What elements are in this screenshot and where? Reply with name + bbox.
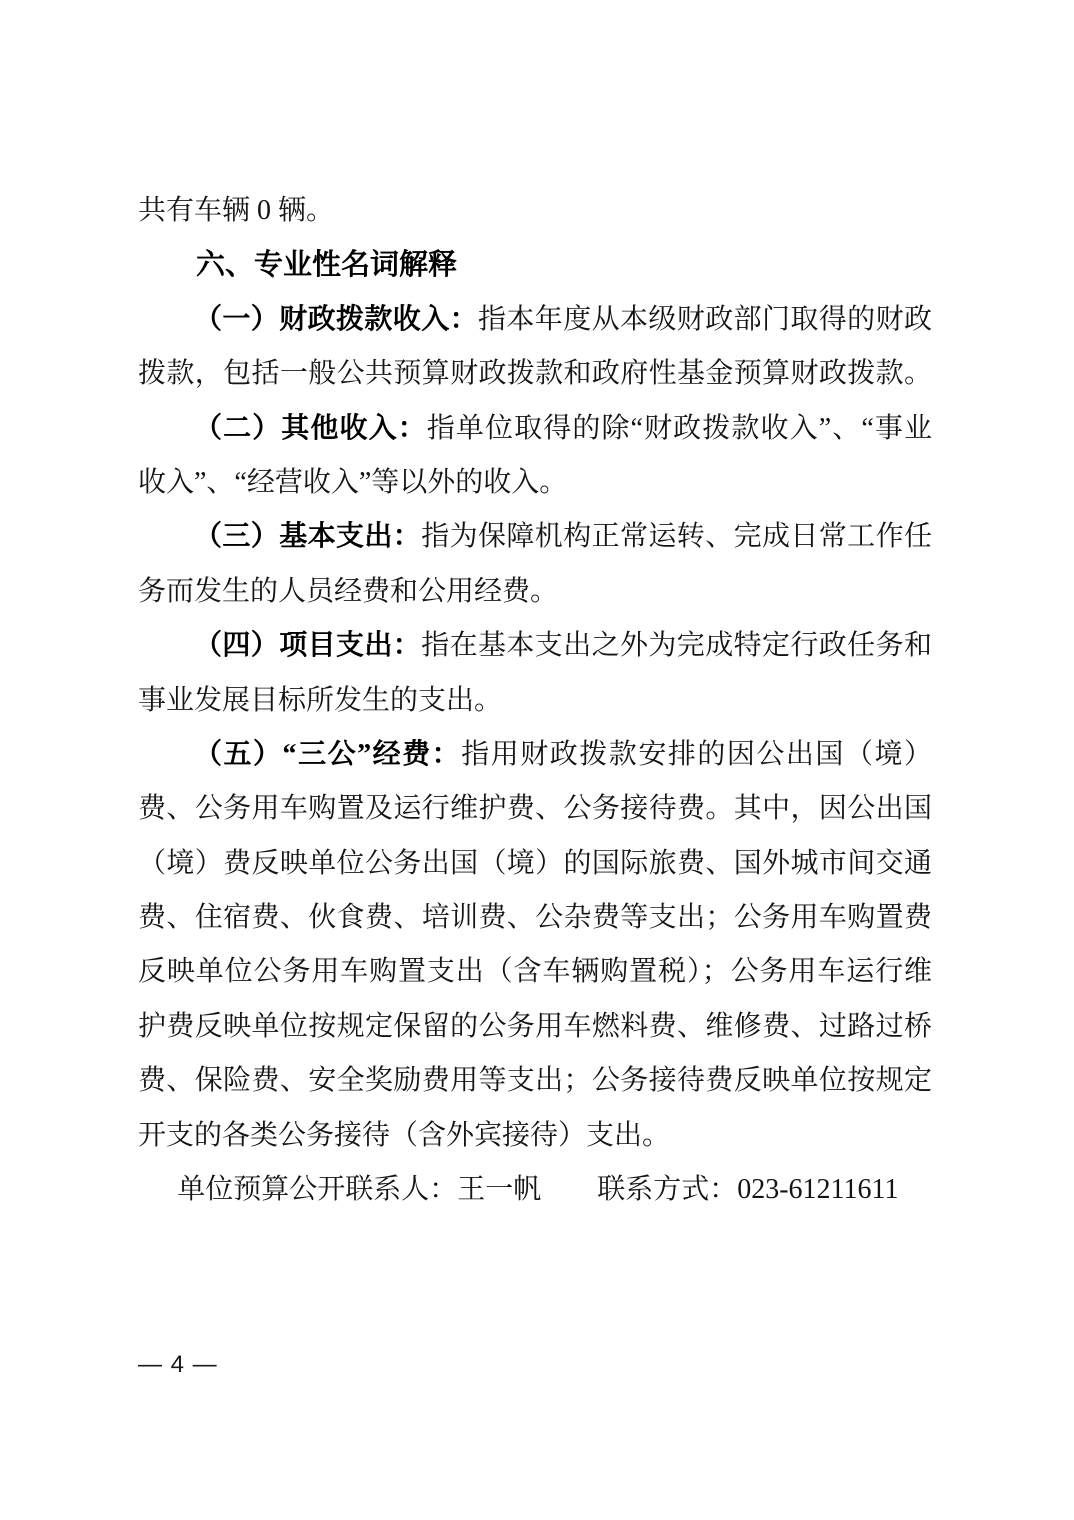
doc-line-term5-line3: （境）费反映单位公务出国（境）的国际旅费、国外城市间交通 [138,837,932,891]
doc-line-term3-line2: 务而发生的人员经费和公用经费。 [138,565,932,619]
doc-line-section-heading: 六、专业性名词解释 [138,238,932,292]
doc-line-term4-line1: （四）项目支出：指在基本支出之外为完成特定行政任务和 [138,619,932,673]
doc-line-term5-line2: 费、公务用车购置及运行维护费、公务接待费。其中，因公出国 [138,782,932,836]
body-text: 共有车辆 0 辆。 [138,195,334,226]
document-body: 共有车辆 0 辆。六、专业性名词解释（一）财政拨款收入：指本年度从本级财政部门取… [138,184,932,1217]
doc-line-term5-line6: 护费反映单位按规定保留的公务用车燃料费、维修费、过路过桥 [138,1000,932,1054]
doc-line-term5-line7: 费、保险费、安全奖励费用等支出；公务接待费反映单位按规定 [138,1054,932,1108]
body-text: 费、住宿费、伙食费、培训费、公杂费等支出；公务用车购置费 [138,902,932,933]
body-text: 拨款，包括一般公共预算财政拨款和政府性基金预算财政拨款。 [138,358,932,389]
term-label: （五）“三公”经费： [194,739,461,770]
doc-line-term5-line4: 费、住宿费、伙食费、培训费、公杂费等支出；公务用车购置费 [138,891,932,945]
doc-line-term3-line1: （三）基本支出：指为保障机构正常运转、完成日常工作任 [138,510,932,564]
body-text: 护费反映单位按规定保留的公务用车燃料费、维修费、过路过桥 [138,1011,932,1042]
body-text: 收入”、“经营收入”等以外的收入。 [138,467,567,498]
body-text: （境）费反映单位公务出国（境）的国际旅费、国外城市间交通 [138,848,932,879]
body-text: 费、保险费、安全奖励费用等支出；公务接待费反映单位按规定 [138,1065,932,1096]
doc-line-term1-line1: （一）财政拨款收入：指本年度从本级财政部门取得的财政 [138,293,932,347]
contact-spacer [541,1174,597,1205]
body-text: 费、公务用车购置及运行维护费、公务接待费。其中，因公出国 [138,793,932,824]
body-text: 反映单位公务用车购置支出（含车辆购置税）；公务用车运行维 [138,956,932,987]
doc-line-vehicles-count: 共有车辆 0 辆。 [138,184,932,238]
body-text: 指本年度从本级财政部门取得的财政 [478,304,932,335]
body-text: 开支的各类公务接待（含外宾接待）支出。 [138,1120,670,1151]
body-text: 事业发展目标所发生的支出。 [138,685,502,716]
doc-line-term4-line2: 事业发展目标所发生的支出。 [138,674,932,728]
body-text: 指为保障机构正常运转、完成日常工作任 [421,521,932,552]
term-label: （二）其他收入： [194,413,427,444]
term-label: （三）基本支出： [194,521,421,552]
document-page: 共有车辆 0 辆。六、专业性名词解释（一）财政拨款收入：指本年度从本级财政部门取… [0,0,1074,1520]
section-heading-text: 六、专业性名词解释 [196,249,457,281]
doc-line-term1-line2: 拨款，包括一般公共预算财政拨款和政府性基金预算财政拨款。 [138,347,932,401]
body-text: 指在基本支出之外为完成特定行政任务和 [421,630,932,661]
body-text: 务而发生的人员经费和公用经费。 [138,576,558,607]
doc-line-term5-line8: 开支的各类公务接待（含外宾接待）支出。 [138,1109,932,1163]
doc-line-contact-line: 单位预算公开联系人：王一帆 联系方式：023-61211611 [138,1163,932,1217]
doc-line-term5-line5: 反映单位公务用车购置支出（含车辆购置税）；公务用车运行维 [138,945,932,999]
contact-person: 单位预算公开联系人：王一帆 [177,1174,541,1205]
doc-line-term2-line2: 收入”、“经营收入”等以外的收入。 [138,456,932,510]
term-label: （一）财政拨款收入： [194,304,478,335]
contact-phone: 联系方式：023-61211611 [597,1174,898,1205]
doc-line-term5-line1: （五）“三公”经费：指用财政拨款安排的因公出国（境） [138,728,932,782]
page-number: — 4 — [138,1350,218,1380]
body-text: 指用财政拨款安排的因公出国（境） [461,739,932,770]
term-label: （四）项目支出： [194,630,421,661]
body-text: 指单位取得的除“财政拨款收入”、“事业 [427,413,932,444]
doc-line-term2-line1: （二）其他收入：指单位取得的除“财政拨款收入”、“事业 [138,402,932,456]
